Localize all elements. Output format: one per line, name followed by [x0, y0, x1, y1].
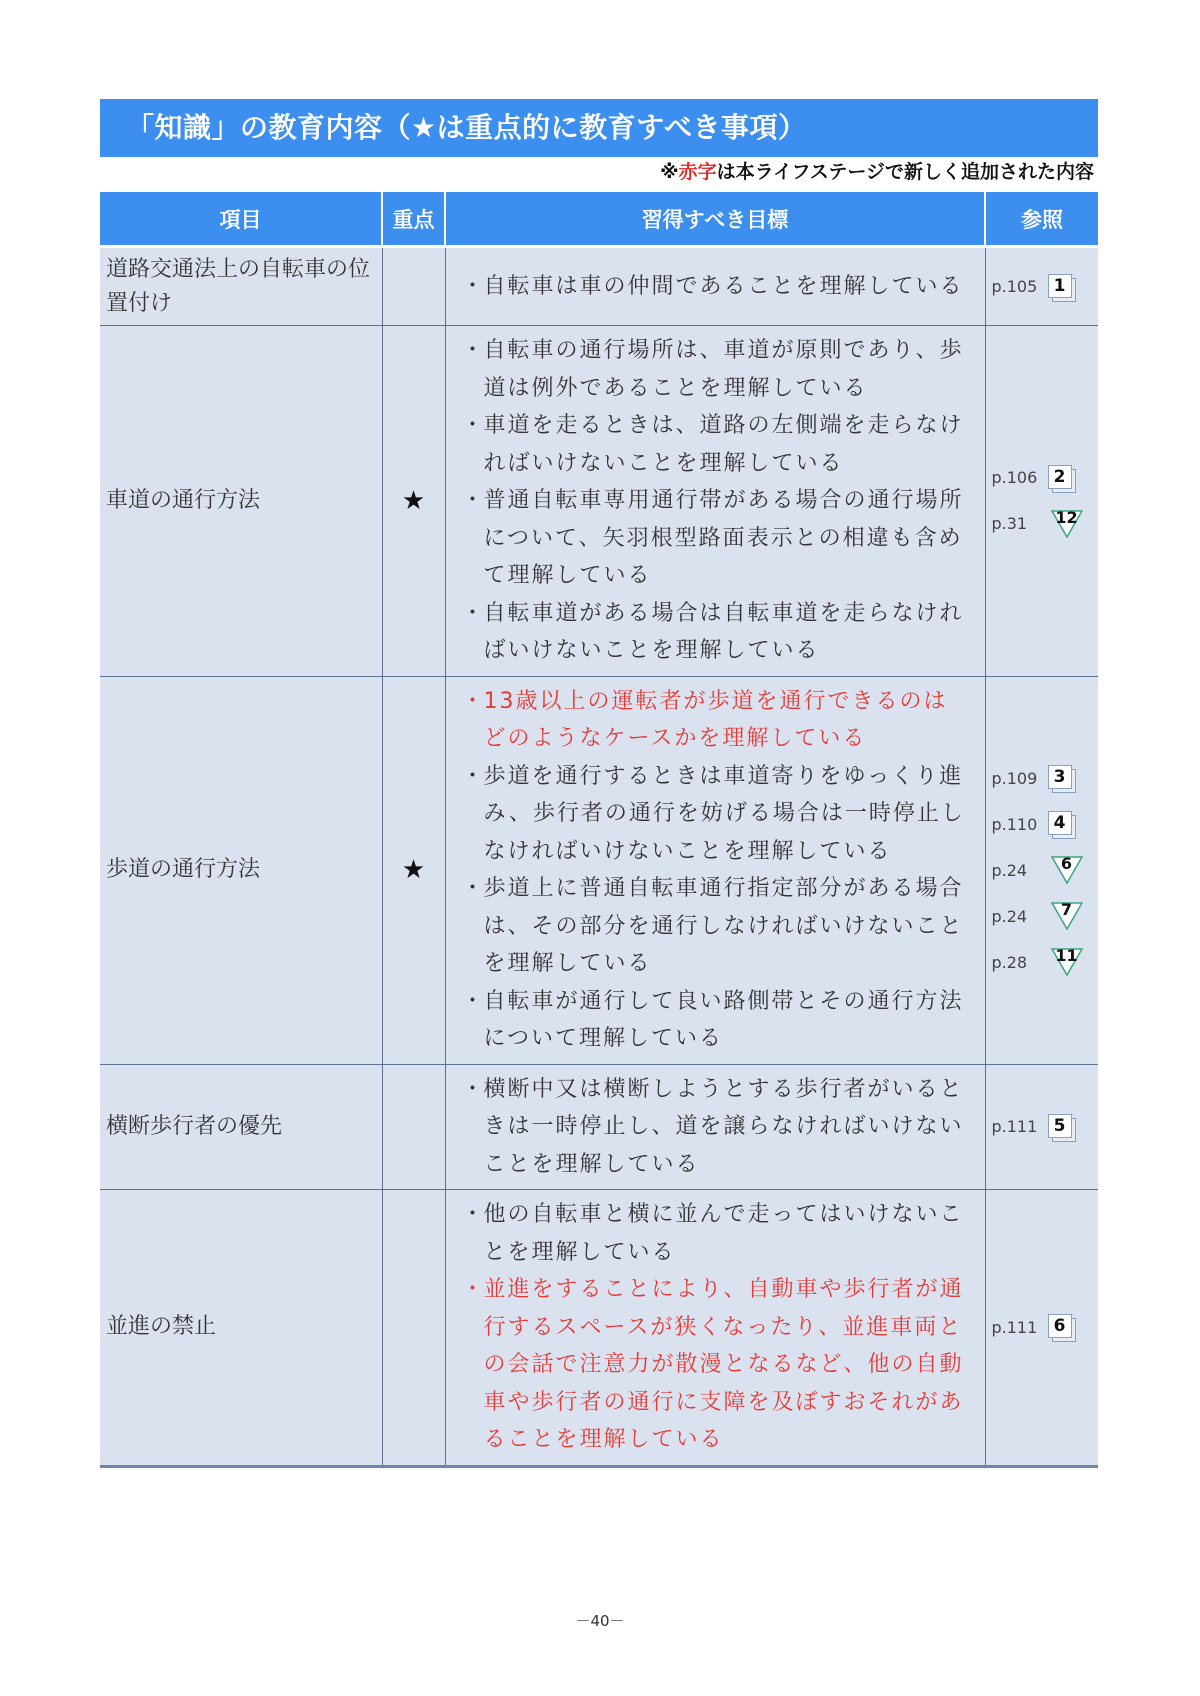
section-title: 「知識」の教育内容（★は重点的に教育すべき事項）	[100, 99, 1098, 157]
item-cell: 道路交通法上の自転車の位置付け	[100, 247, 382, 326]
goal-text: 自転車道がある場合は自転車道を走らなければいけないことを理解している	[484, 601, 964, 664]
triangle-sign-icon: 12	[1050, 509, 1084, 539]
table-row: 並進の禁止 ・他の自転車と横に並んで走ってはいけないことを理解している・並進をす…	[100, 1190, 1098, 1467]
reference-cell: p.1093p.1104p.246p.247p.2811	[985, 676, 1098, 1064]
goal-text: 自転車は車の仲間であることを理解している	[484, 274, 964, 299]
badge-number: 4	[1048, 811, 1072, 835]
bullet-icon: ・	[462, 870, 486, 908]
item-cell: 車道の通行方法	[100, 326, 382, 677]
legend-note: ※赤字は本ライフステージで新しく追加された内容	[660, 158, 1094, 186]
header-item: 項目	[100, 192, 382, 247]
reference-cell: p.1116	[985, 1190, 1098, 1467]
badge-number: 1	[1048, 274, 1072, 298]
goal-item: ・自転車道がある場合は自転車道を走らなければいけないことを理解している	[456, 595, 971, 670]
badge-number: 2	[1048, 465, 1072, 489]
reference-link[interactable]: p.2811	[992, 944, 1099, 980]
bullet-icon: ・	[462, 482, 486, 520]
reference-page: p.24	[992, 907, 1046, 926]
bullet-icon: ・	[462, 683, 486, 721]
reference-link[interactable]: p.1104	[992, 806, 1099, 842]
bullet-icon: ・	[462, 1196, 486, 1234]
goal-text: 他の自転車と横に並んで走ってはいけないことを理解している	[484, 1202, 964, 1265]
bullet-icon: ・	[462, 1071, 486, 1109]
goal-text: 横断中又は横断しようとする歩行者がいるときは一時停止し、道を譲らなければいけない…	[484, 1077, 964, 1177]
reference-page: p.31	[992, 514, 1046, 533]
goal-item: ・普通自転車専用通行帯がある場合の通行場所について、矢羽根型路面表示との相違も含…	[456, 482, 971, 595]
priority-cell	[382, 1190, 445, 1467]
item-cell: 横断歩行者の優先	[100, 1064, 382, 1190]
priority-star-icon: ★	[382, 676, 445, 1064]
page-number: －40－	[0, 1610, 1200, 1631]
table-header-row: 項目 重点 習得すべき目標 参照	[100, 192, 1098, 247]
goal-item: ・横断中又は横断しようとする歩行者がいるときは一時停止し、道を譲らなければいけな…	[456, 1071, 971, 1184]
badge-number: 6	[1048, 1314, 1072, 1338]
badge-number: 3	[1048, 765, 1072, 789]
education-content-table: 項目 重点 習得すべき目標 参照 道路交通法上の自転車の位置付け ・自転車は車の…	[100, 192, 1098, 1468]
goal-text: 13歳以上の運転者が歩道を通行できるのはどのようなケースかを理解している	[484, 689, 948, 752]
bullet-icon: ・	[462, 595, 486, 633]
reference-page: p.105	[992, 277, 1046, 296]
note-red-word: 赤字	[679, 161, 717, 183]
goal-text: 自転車の通行場所は、車道が原則であり、歩道は例外であることを理解している	[484, 338, 964, 401]
priority-star-icon: ★	[382, 326, 445, 677]
goal-text: 自転車が通行して良い路側帯とその通行方法について理解している	[484, 989, 964, 1052]
triangle-sign-icon: 6	[1050, 855, 1084, 885]
item-cell: 歩道の通行方法	[100, 676, 382, 1064]
goal-item: ・車道を走るときは、道路の左側端を走らなければいけないことを理解している	[456, 407, 971, 482]
goals-cell: ・13歳以上の運転者が歩道を通行できるのはどのようなケースかを理解している・歩道…	[445, 676, 985, 1064]
goals-cell: ・自転車の通行場所は、車道が原則であり、歩道は例外であることを理解している・車道…	[445, 326, 985, 677]
badge-number: 12	[1050, 509, 1084, 527]
reference-page: p.111	[992, 1318, 1046, 1337]
goals-cell: ・他の自転車と横に並んで走ってはいけないことを理解している・並進をすることにより…	[445, 1190, 985, 1467]
goal-item: ・歩道を通行するときは車道寄りをゆっくり進み、歩行者の通行を妨げる場合は一時停止…	[456, 758, 971, 871]
reference-link[interactable]: p.1116	[992, 1309, 1099, 1345]
goal-text: 普通自転車専用通行帯がある場合の通行場所について、矢羽根型路面表示との相違も含め…	[484, 488, 964, 588]
badge-number: 5	[1048, 1114, 1072, 1138]
header-reference: 参照	[985, 192, 1098, 247]
goals-cell: ・横断中又は横断しようとする歩行者がいるときは一時停止し、道を譲らなければいけな…	[445, 1064, 985, 1190]
header-priority: 重点	[382, 192, 445, 247]
reference-page: p.28	[992, 953, 1046, 972]
reference-cell: p.1115	[985, 1064, 1098, 1190]
square-badge-icon: 1	[1048, 274, 1074, 300]
table-row: 歩道の通行方法 ★ ・13歳以上の運転者が歩道を通行できるのはどのようなケースか…	[100, 676, 1098, 1064]
reference-page: p.111	[992, 1117, 1046, 1136]
reference-link[interactable]: p.246	[992, 852, 1099, 888]
reference-link[interactable]: p.3112	[992, 506, 1099, 542]
table-row: 車道の通行方法 ★ ・自転車の通行場所は、車道が原則であり、歩道は例外であること…	[100, 326, 1098, 677]
reference-page: p.110	[992, 815, 1046, 834]
table-row: 横断歩行者の優先 ・横断中又は横断しようとする歩行者がいるときは一時停止し、道を…	[100, 1064, 1098, 1190]
item-cell: 並進の禁止	[100, 1190, 382, 1467]
reference-link[interactable]: p.1051	[992, 269, 1099, 305]
reference-link[interactable]: p.1062	[992, 460, 1099, 496]
goal-item: ・自転車の通行場所は、車道が原則であり、歩道は例外であることを理解している	[456, 332, 971, 407]
priority-cell	[382, 247, 445, 326]
reference-page: p.24	[992, 861, 1046, 880]
goal-text: 歩道上に普通自転車通行指定部分がある場合は、その部分を通行しなければいけないこと…	[484, 876, 964, 976]
triangle-sign-icon: 11	[1050, 947, 1084, 977]
goal-item: ・13歳以上の運転者が歩道を通行できるのはどのようなケースかを理解している	[456, 683, 971, 758]
bullet-icon: ・	[462, 268, 486, 306]
goal-text: 車道を走るときは、道路の左側端を走らなければいけないことを理解している	[484, 413, 964, 476]
goal-item: ・自転車が通行して良い路側帯とその通行方法について理解している	[456, 983, 971, 1058]
bullet-icon: ・	[462, 758, 486, 796]
goal-text: 歩道を通行するときは車道寄りをゆっくり進み、歩行者の通行を妨げる場合は一時停止し…	[484, 764, 965, 864]
bullet-icon: ・	[462, 1271, 486, 1309]
goal-item: ・並進をすることにより、自動車や歩行者が通行するスペースが狭くなったり、並進車両…	[456, 1271, 971, 1459]
reference-page: p.109	[992, 769, 1046, 788]
reference-link[interactable]: p.1093	[992, 760, 1099, 796]
square-badge-icon: 5	[1048, 1114, 1074, 1140]
square-badge-icon: 3	[1048, 765, 1074, 791]
square-badge-icon: 6	[1048, 1314, 1074, 1340]
header-goals: 習得すべき目標	[445, 192, 985, 247]
square-badge-icon: 2	[1048, 465, 1074, 491]
reference-link[interactable]: p.1115	[992, 1109, 1099, 1145]
priority-cell	[382, 1064, 445, 1190]
reference-page: p.106	[992, 468, 1046, 487]
square-badge-icon: 4	[1048, 811, 1074, 837]
note-prefix: ※	[660, 161, 678, 183]
reference-link[interactable]: p.247	[992, 898, 1099, 934]
badge-number: 6	[1050, 855, 1084, 873]
bullet-icon: ・	[462, 983, 486, 1021]
bullet-icon: ・	[462, 332, 486, 370]
goal-text: 並進をすることにより、自動車や歩行者が通行するスペースが狭くなったり、並進車両と…	[484, 1277, 964, 1452]
bullet-icon: ・	[462, 407, 486, 445]
note-suffix: は本ライフステージで新しく追加された内容	[717, 161, 1094, 183]
triangle-sign-icon: 7	[1050, 901, 1084, 931]
reference-cell: p.1062p.3112	[985, 326, 1098, 677]
goal-item: ・歩道上に普通自転車通行指定部分がある場合は、その部分を通行しなければいけないこ…	[456, 870, 971, 983]
table-row: 道路交通法上の自転車の位置付け ・自転車は車の仲間であることを理解している p.…	[100, 247, 1098, 326]
goal-item: ・他の自転車と横に並んで走ってはいけないことを理解している	[456, 1196, 971, 1271]
reference-cell: p.1051	[985, 247, 1098, 326]
goals-cell: ・自転車は車の仲間であることを理解している	[445, 247, 985, 326]
badge-number: 11	[1050, 947, 1084, 965]
goal-item: ・自転車は車の仲間であることを理解している	[456, 268, 971, 306]
badge-number: 7	[1050, 901, 1084, 919]
